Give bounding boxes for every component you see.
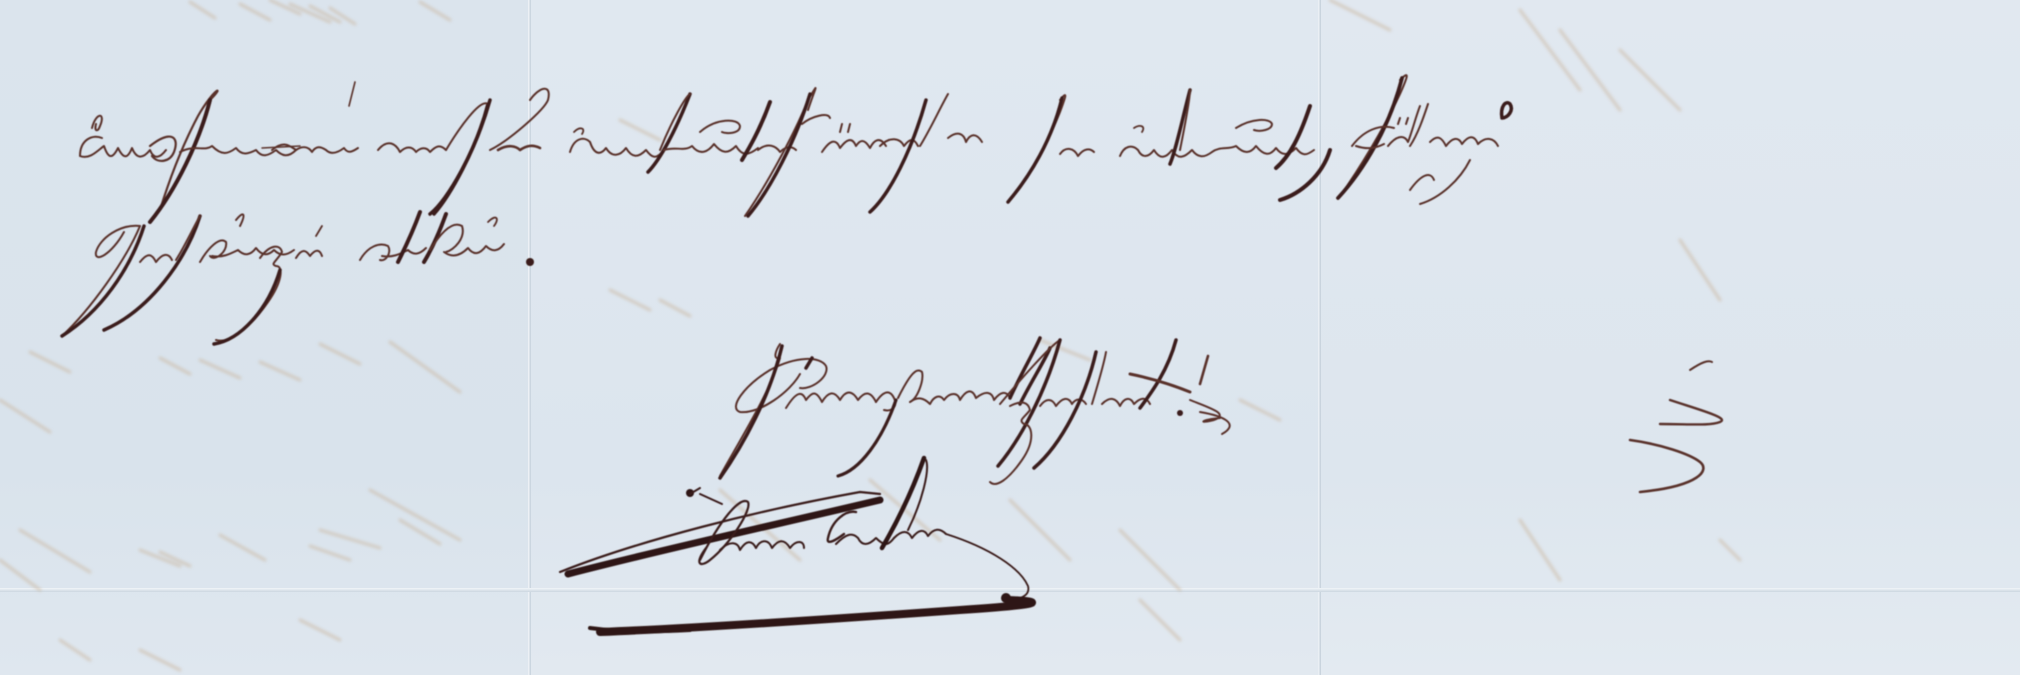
handwriting-layer — [0, 0, 2020, 675]
signature — [560, 458, 1032, 632]
signature-underline — [600, 600, 1032, 632]
handwriting-line-2 — [62, 212, 534, 344]
bleed-through-marks — [0, 0, 1740, 670]
handwriting-line-1-right — [1008, 75, 1511, 204]
handwriting-closing — [720, 338, 1722, 492]
handwriting-line-1 — [80, 82, 1434, 222]
letter-page: Ihnen Ihren mir noch sehr unbedeutenden,… — [0, 0, 2020, 675]
